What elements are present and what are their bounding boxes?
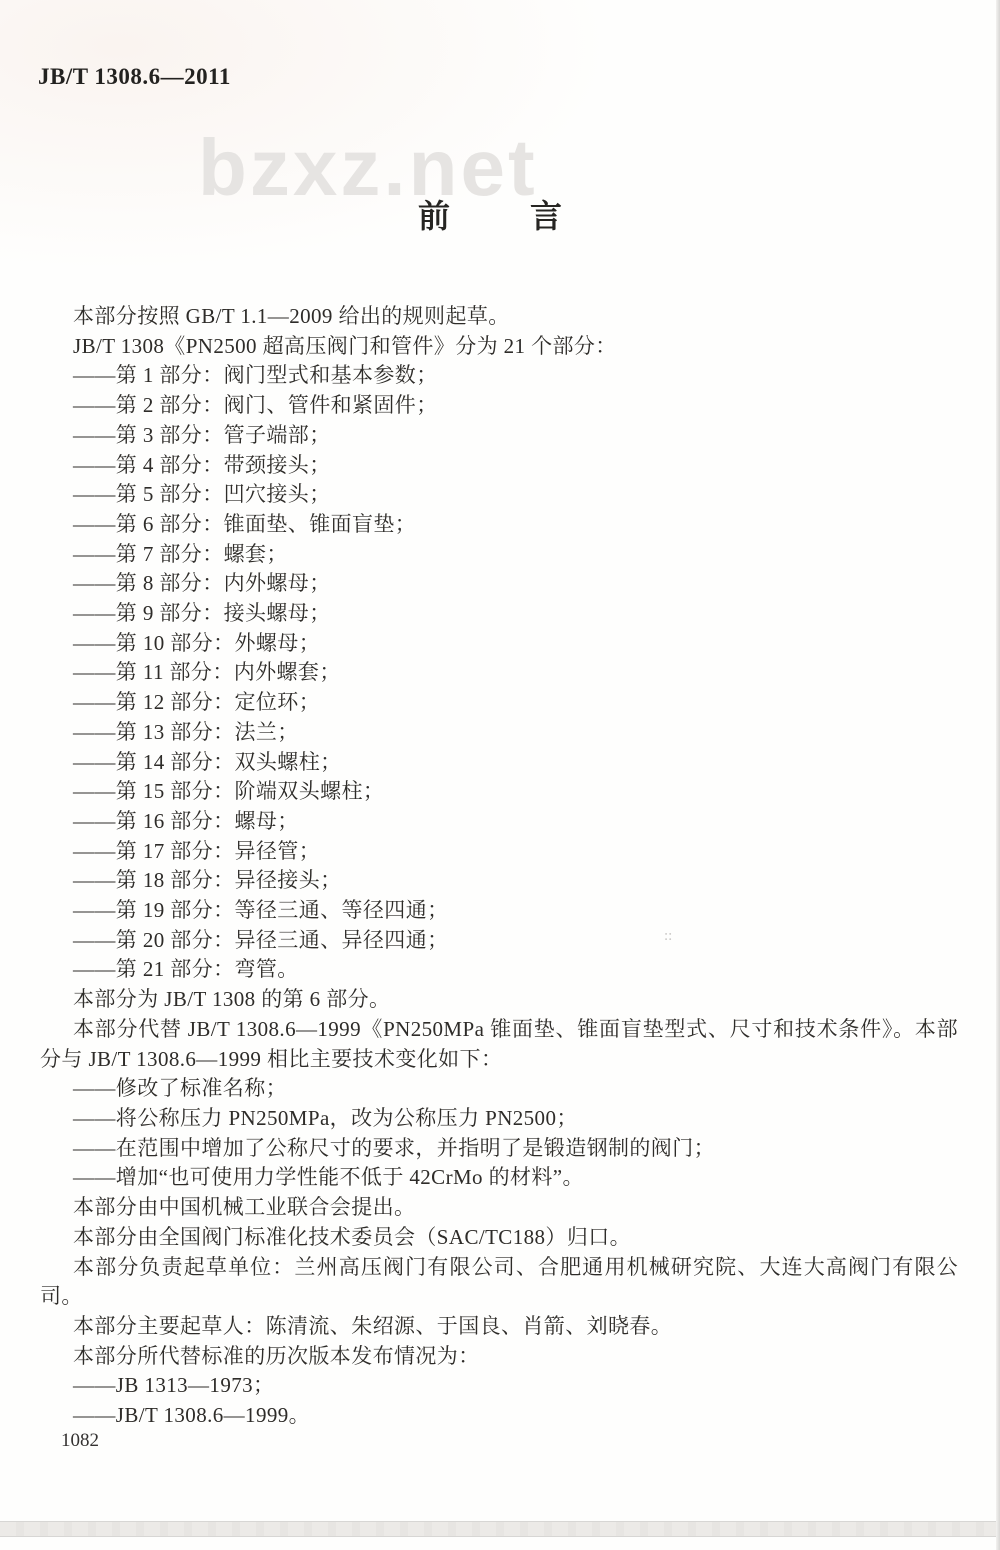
change-item: ——修改了标准名称； <box>40 1074 958 1104</box>
history-item: ——JB 1313—1973； <box>40 1371 958 1401</box>
part-item: ——第 18 部分：异径接头； <box>40 866 958 896</box>
part-item: ——第 5 部分：凹穴接头； <box>40 480 958 510</box>
part-item: ——第 12 部分：定位环； <box>40 688 958 718</box>
title-char-2: 言 <box>530 198 562 234</box>
part-item: ——第 1 部分：阀门型式和基本参数； <box>40 361 958 391</box>
intro-paragraph: 本部分按照 GB/T 1.1—2009 给出的规则起草。 <box>40 302 958 332</box>
part-item: ——第 7 部分：螺套； <box>40 540 958 570</box>
part-item: ——第 4 部分：带颈接头； <box>40 451 958 481</box>
scan-artifact: :: <box>664 928 672 945</box>
part-item: ——第 20 部分：异径三通、异径四通； <box>40 926 958 956</box>
document-page: JB/T 1308.6—2011 bzxz.net 前言 本部分按照 GB/T … <box>0 0 1000 1550</box>
org-paragraph: 本部分主要起草人：陈清流、朱绍源、于国良、肖箭、刘晓春。 <box>40 1312 958 1342</box>
part-item: ——第 2 部分：阀门、管件和紧固件； <box>40 391 958 421</box>
title-char-1: 前 <box>418 198 450 234</box>
intro-paragraph: JB/T 1308《PN2500 超高压阀门和管件》分为 21 个部分： <box>40 332 958 362</box>
part-item: ——第 15 部分：阶端双头螺柱； <box>40 777 958 807</box>
part-item: ——第 11 部分：内外螺套； <box>40 658 958 688</box>
part-item: ——第 3 部分：管子端部； <box>40 421 958 451</box>
foreword-body: 本部分按照 GB/T 1.1—2009 给出的规则起草。 JB/T 1308《P… <box>40 302 958 1431</box>
bottom-scan-band <box>0 1521 1000 1537</box>
part-item: ——第 19 部分：等径三通、等径四通； <box>40 896 958 926</box>
replace-paragraph: 本部分代替 JB/T 1308.6—1999《PN250MPa 锥面垫、锥面盲垫… <box>40 1015 958 1074</box>
part-item: ——第 9 部分：接头螺母； <box>40 599 958 629</box>
position-paragraph: 本部分为 JB/T 1308 的第 6 部分。 <box>40 985 958 1015</box>
part-item: ——第 6 部分：锥面垫、锥面盲垫； <box>40 510 958 540</box>
part-item: ——第 16 部分：螺母； <box>40 807 958 837</box>
part-item: ——第 13 部分：法兰； <box>40 718 958 748</box>
change-item: ——增加“也可使用力学性能不低于 42CrMo 的材料”。 <box>40 1163 958 1193</box>
org-paragraph: 本部分由全国阀门标准化技术委员会（SAC/TC188）归口。 <box>40 1223 958 1253</box>
part-item: ——第 17 部分：异径管； <box>40 837 958 867</box>
standard-number: JB/T 1308.6—2011 <box>38 64 231 90</box>
part-item: ——第 8 部分：内外螺母； <box>40 569 958 599</box>
right-page-edge <box>996 0 1000 1550</box>
history-item: ——JB/T 1308.6—1999。 <box>40 1401 958 1431</box>
org-paragraph: 本部分由中国机械工业联合会提出。 <box>40 1193 958 1223</box>
org-paragraph: 本部分所代替标准的历次版本发布情况为： <box>40 1342 958 1372</box>
change-item: ——在范围中增加了公称尺寸的要求，并指明了是锻造钢制的阀门； <box>40 1134 958 1164</box>
part-item: ——第 14 部分：双头螺柱； <box>40 748 958 778</box>
org-paragraph: 本部分负责起草单位：兰州高压阀门有限公司、合肥通用机械研究院、大连大高阀门有限公… <box>40 1253 958 1312</box>
change-item: ——将公称压力 PN250MPa，改为公称压力 PN2500； <box>40 1104 958 1134</box>
page-title: 前言 <box>0 191 980 237</box>
part-item: ——第 21 部分：弯管。 <box>40 955 958 985</box>
page-number: 1082 <box>61 1430 99 1452</box>
part-item: ——第 10 部分：外螺母； <box>40 629 958 659</box>
